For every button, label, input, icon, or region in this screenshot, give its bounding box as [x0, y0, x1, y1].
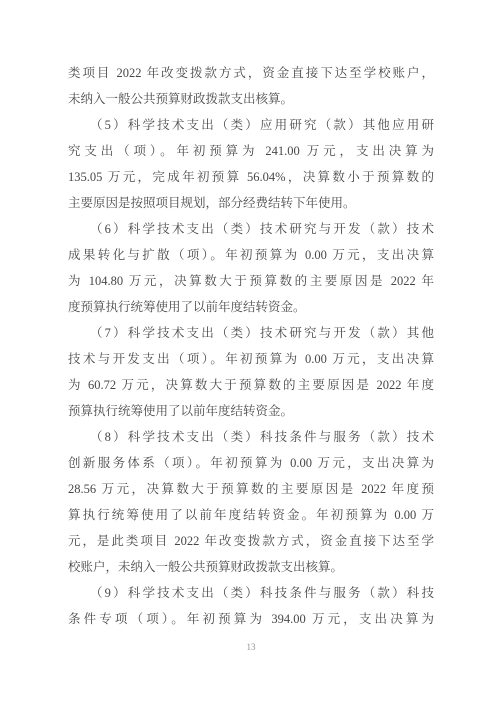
text-line: （8）科学技术支出（类）科技条件与服务（款）技术	[68, 424, 434, 450]
text-line: （9）科学技术支出（类）科技条件与服务（款）科技	[68, 580, 434, 606]
text-line: 创新服务体系（项）。年初预算为 0.00 万元，支出决算为	[68, 450, 434, 476]
text-line: （7）科学技术支出（类）技术研究与开发（款）其他	[68, 320, 434, 346]
text-line: 28.56 万元，决算数大于预算数的主要原因是 2022 年度预	[68, 476, 434, 502]
text-line: 技术与开发支出（项）。年初预算为 0.00 万元，支出决算	[68, 346, 434, 372]
page-number: 13	[68, 641, 434, 654]
text-line: 度预算执行统筹使用了以前年度结转资金。	[68, 294, 434, 320]
text-line: 未纳入一般公共预算财政拨款支出核算。	[68, 86, 434, 112]
text-line: （5）科学技术支出（类）应用研究（款）其他应用研	[68, 112, 434, 138]
text-line: 校账户，未纳入一般公共预算财政拨款支出核算。	[68, 554, 434, 580]
text-line: 主要原因是按照项目规划，部分经费结转下年使用。	[68, 190, 434, 216]
text-line: 算执行统筹使用了以前年度结转资金。年初预算为 0.00 万	[68, 502, 434, 528]
text-line: 为 60.72 万元，决算数大于预算数的主要原因是 2022 年度	[68, 372, 434, 398]
text-line: 类项目 2022 年改变拨款方式，资金直接下达至学校账户，	[68, 60, 434, 86]
text-line: 元，是此类项目 2022 年改变拨款方式，资金直接下达至学	[68, 528, 434, 554]
text-line: 预算执行统筹使用了以前年度结转资金。	[68, 398, 434, 424]
document-text-block: 类项目 2022 年改变拨款方式，资金直接下达至学校账户，未纳入一般公共预算财政…	[68, 60, 434, 632]
text-line: 条件专项（项）。年初预算为 394.00 万元，支出决算为	[68, 606, 434, 632]
text-line: 为 104.80 万元，决算数大于预算数的主要原因是 2022 年	[68, 268, 434, 294]
text-line: （6）科学技术支出（类）技术研究与开发（款）技术	[68, 216, 434, 242]
text-line: 135.05 万元，完成年初预算 56.04%，决算数小于预算数的	[68, 164, 434, 190]
text-line: 究支出（项）。年初预算为 241.00 万元，支出决算为	[68, 138, 434, 164]
text-line: 成果转化与扩散（项）。年初预算为 0.00 万元，支出决算	[68, 242, 434, 268]
document-page: 类项目 2022 年改变拨款方式，资金直接下达至学校账户，未纳入一般公共预算财政…	[0, 0, 500, 707]
